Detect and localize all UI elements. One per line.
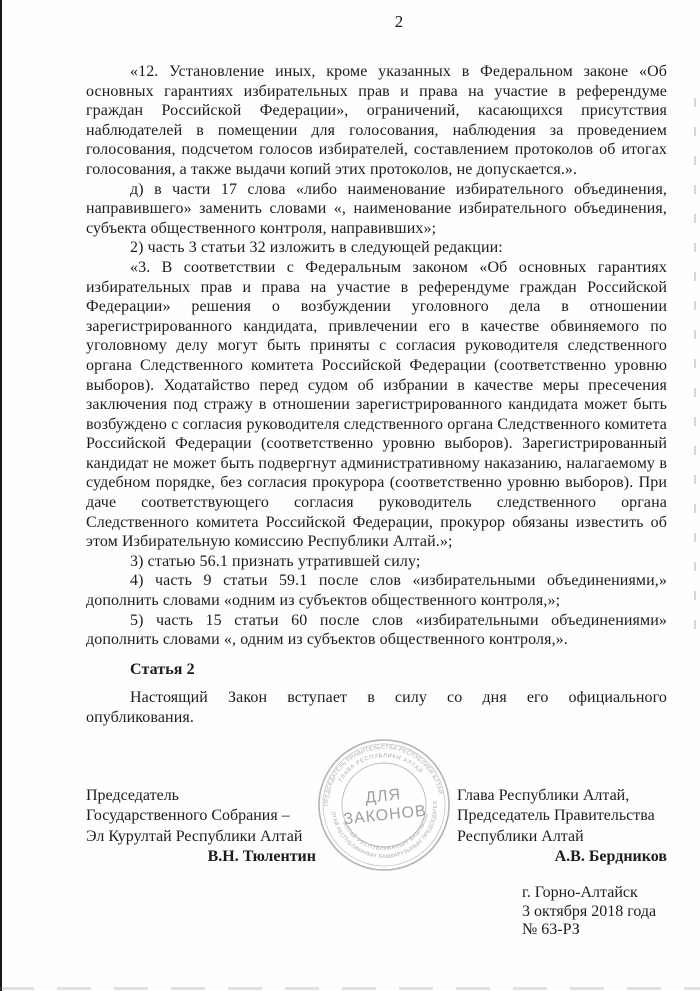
stamp-center-line-1: ДЛЯ	[364, 786, 401, 807]
closing-paragraph: Настоящий Закон вступает в силу со дня е…	[86, 688, 667, 727]
article-2-heading: Статья 2	[86, 660, 667, 680]
issuance-block: г. Горно-Алтайск 3 октября 2018 года № 6…	[522, 884, 656, 940]
issuance-city: г. Горно-Алтайск	[522, 884, 656, 903]
scan-edge-artifact	[0, 0, 2, 991]
signature-block-head-of-republic: Глава Республики Алтай, Председатель Пра…	[457, 786, 667, 868]
paragraph-d-part17: д) в части 17 слова «либо наименование и…	[86, 180, 667, 239]
paragraph-4-article59: 4) часть 9 статьи 59.1 после слов «избир…	[86, 571, 667, 610]
paragraph-2-article32: 2) часть 3 статьи 32 изложить в следующе…	[86, 238, 667, 258]
signature-title-line: Глава Республики Алтай,	[457, 786, 667, 806]
for-laws-stamp: ПРЕДСЕДАТЕЛЬ ПРАВИТЕЛЬСТВА РЕСПУБЛИКИ АЛ…	[306, 727, 462, 883]
signature-title-line: Председатель Правительства	[457, 806, 667, 826]
paragraph-12-restrictions: «12. Установление иных, кроме указанных …	[86, 62, 667, 180]
page-number: 2	[369, 12, 429, 32]
signature-name-tyulentin: В.Н. Тюлентин	[86, 847, 316, 867]
signature-title-line: Государственного Собрания –	[86, 806, 316, 826]
signature-name-berdnikov: А.В. Бердников	[457, 847, 667, 867]
scanned-law-page: 2 «12. Установление иных, кроме указанны…	[0, 0, 700, 991]
signature-block-chairman: Председатель Государственного Собрания –…	[86, 786, 316, 868]
issuance-number: № 63-РЗ	[522, 921, 656, 940]
signature-title-line: Эл Курултай Республики Алтай	[86, 827, 316, 847]
paragraph-5-article60: 5) часть 15 статьи 60 после слов «избира…	[86, 611, 667, 650]
stamp-seal-graphic: ПРЕДСЕДАТЕЛЬ ПРАВИТЕЛЬСТВА РЕСПУБЛИКИ АЛ…	[306, 727, 462, 883]
stamp-center-line-2: ЗАКОНОВ	[343, 803, 428, 829]
scan-noise-bottom	[0, 987, 700, 990]
signature-title-line: Республики Алтай	[457, 827, 667, 847]
scan-noise-right	[694, 98, 696, 643]
paragraph-3-consent: «3. В соответствии с Федеральным законом…	[86, 258, 667, 552]
issuance-date: 3 октября 2018 года	[522, 903, 656, 922]
signature-title-line: Председатель	[86, 786, 316, 806]
paragraph-3-article56: 3) статью 56.1 признать утратившей силу;	[86, 552, 667, 572]
document-body: «12. Установление иных, кроме указанных …	[86, 62, 667, 728]
